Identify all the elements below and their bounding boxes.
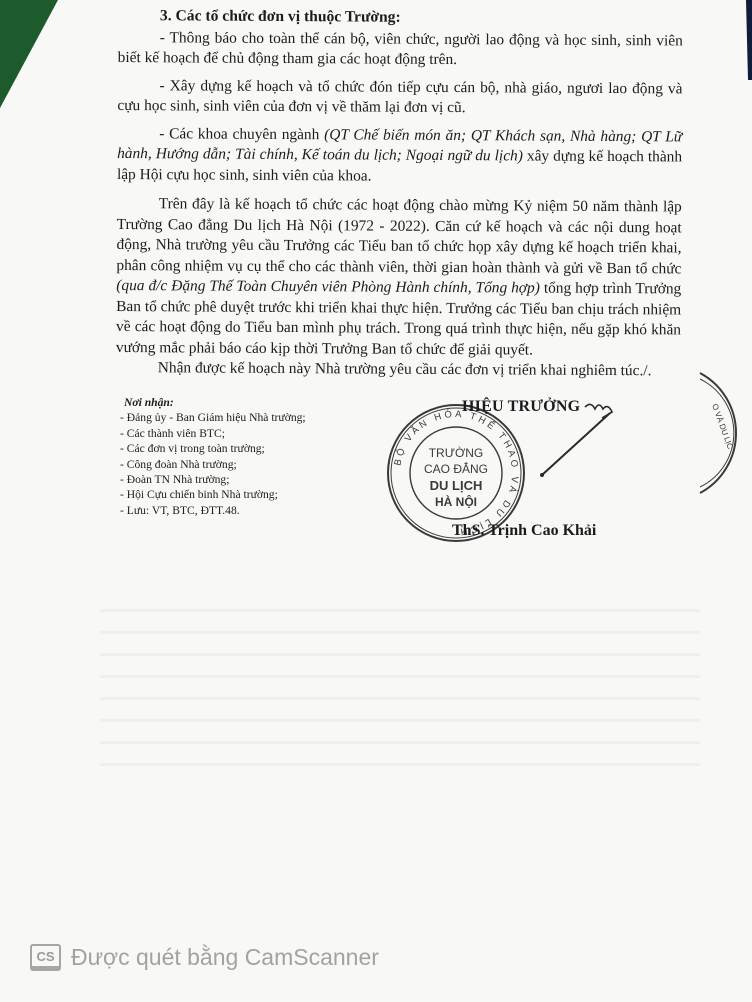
seal-line: DU LỊCH (430, 478, 483, 493)
camscanner-watermark: CS Được quét bằng CamScanner (30, 944, 379, 971)
signer-name: ThS. Trịnh Cao Khải (452, 522, 596, 540)
recipient-item: - Công đoàn Nhà trường; (116, 457, 376, 472)
recipient-item: - Lưu: VT, BTC, ĐTT.48. (116, 503, 376, 518)
recipient-item: - Đảng ủy - Ban Giám hiệu Nhà trường; (116, 410, 376, 425)
paragraph-faculties-start: - Các khoa chuyên ngành (159, 125, 324, 143)
paragraph-notify: - Thông báo cho toàn thể cán bộ, viên ch… (118, 27, 683, 71)
recipient-item: - Đoàn TN Nhà trường; (116, 472, 376, 487)
seal-line: CAO ĐẲNG (424, 461, 488, 476)
bleed-through-text (100, 590, 700, 810)
section-heading: 3. Các tổ chức đơn vị thuộc Trường: (118, 6, 683, 30)
paragraph-reception: - Xây dựng kế hoạch và tổ chức đón tiếp … (117, 75, 682, 119)
contact-person: (qua đ/c Đặng Thế Toàn Chuyên viên Phòng… (116, 277, 540, 297)
camscanner-logo-icon: CS (30, 944, 61, 971)
seal-line: TRƯỜNG (429, 445, 484, 460)
document-body: 3. Các tổ chức đơn vị thuộc Trường: - Th… (116, 6, 683, 382)
watermark-text: Được quét bằng CamScanner (71, 944, 379, 971)
paragraph-closing: Nhận được kế hoạch này Nhà trường yêu cầ… (116, 358, 681, 382)
paragraph-faculties: - Các khoa chuyên ngành (QT Chế biến món… (117, 123, 682, 188)
paragraph-summary-start: Trên đây là kế hoạch tổ chức các hoạt độ… (116, 195, 681, 277)
recipients-block: Nơi nhận: - Đảng ủy - Ban Giám hiệu Nhà … (116, 395, 376, 518)
recipient-item: - Hội Cựu chiến binh Nhà trường; (116, 487, 376, 502)
signer-title: HIỆU TRƯỞNG (462, 398, 580, 416)
recipients-title: Nơi nhận: (116, 395, 376, 410)
recipient-item: - Các đơn vị trong toàn trường; (116, 441, 376, 456)
seal-line: HÀ NỘI (435, 494, 477, 509)
partial-seal-edge: O VÀ DU LỊC (698, 365, 752, 500)
recipient-item: - Các thành viên BTC; (116, 426, 376, 441)
paragraph-summary: Trên đây là kế hoạch tổ chức các hoạt độ… (116, 194, 682, 361)
